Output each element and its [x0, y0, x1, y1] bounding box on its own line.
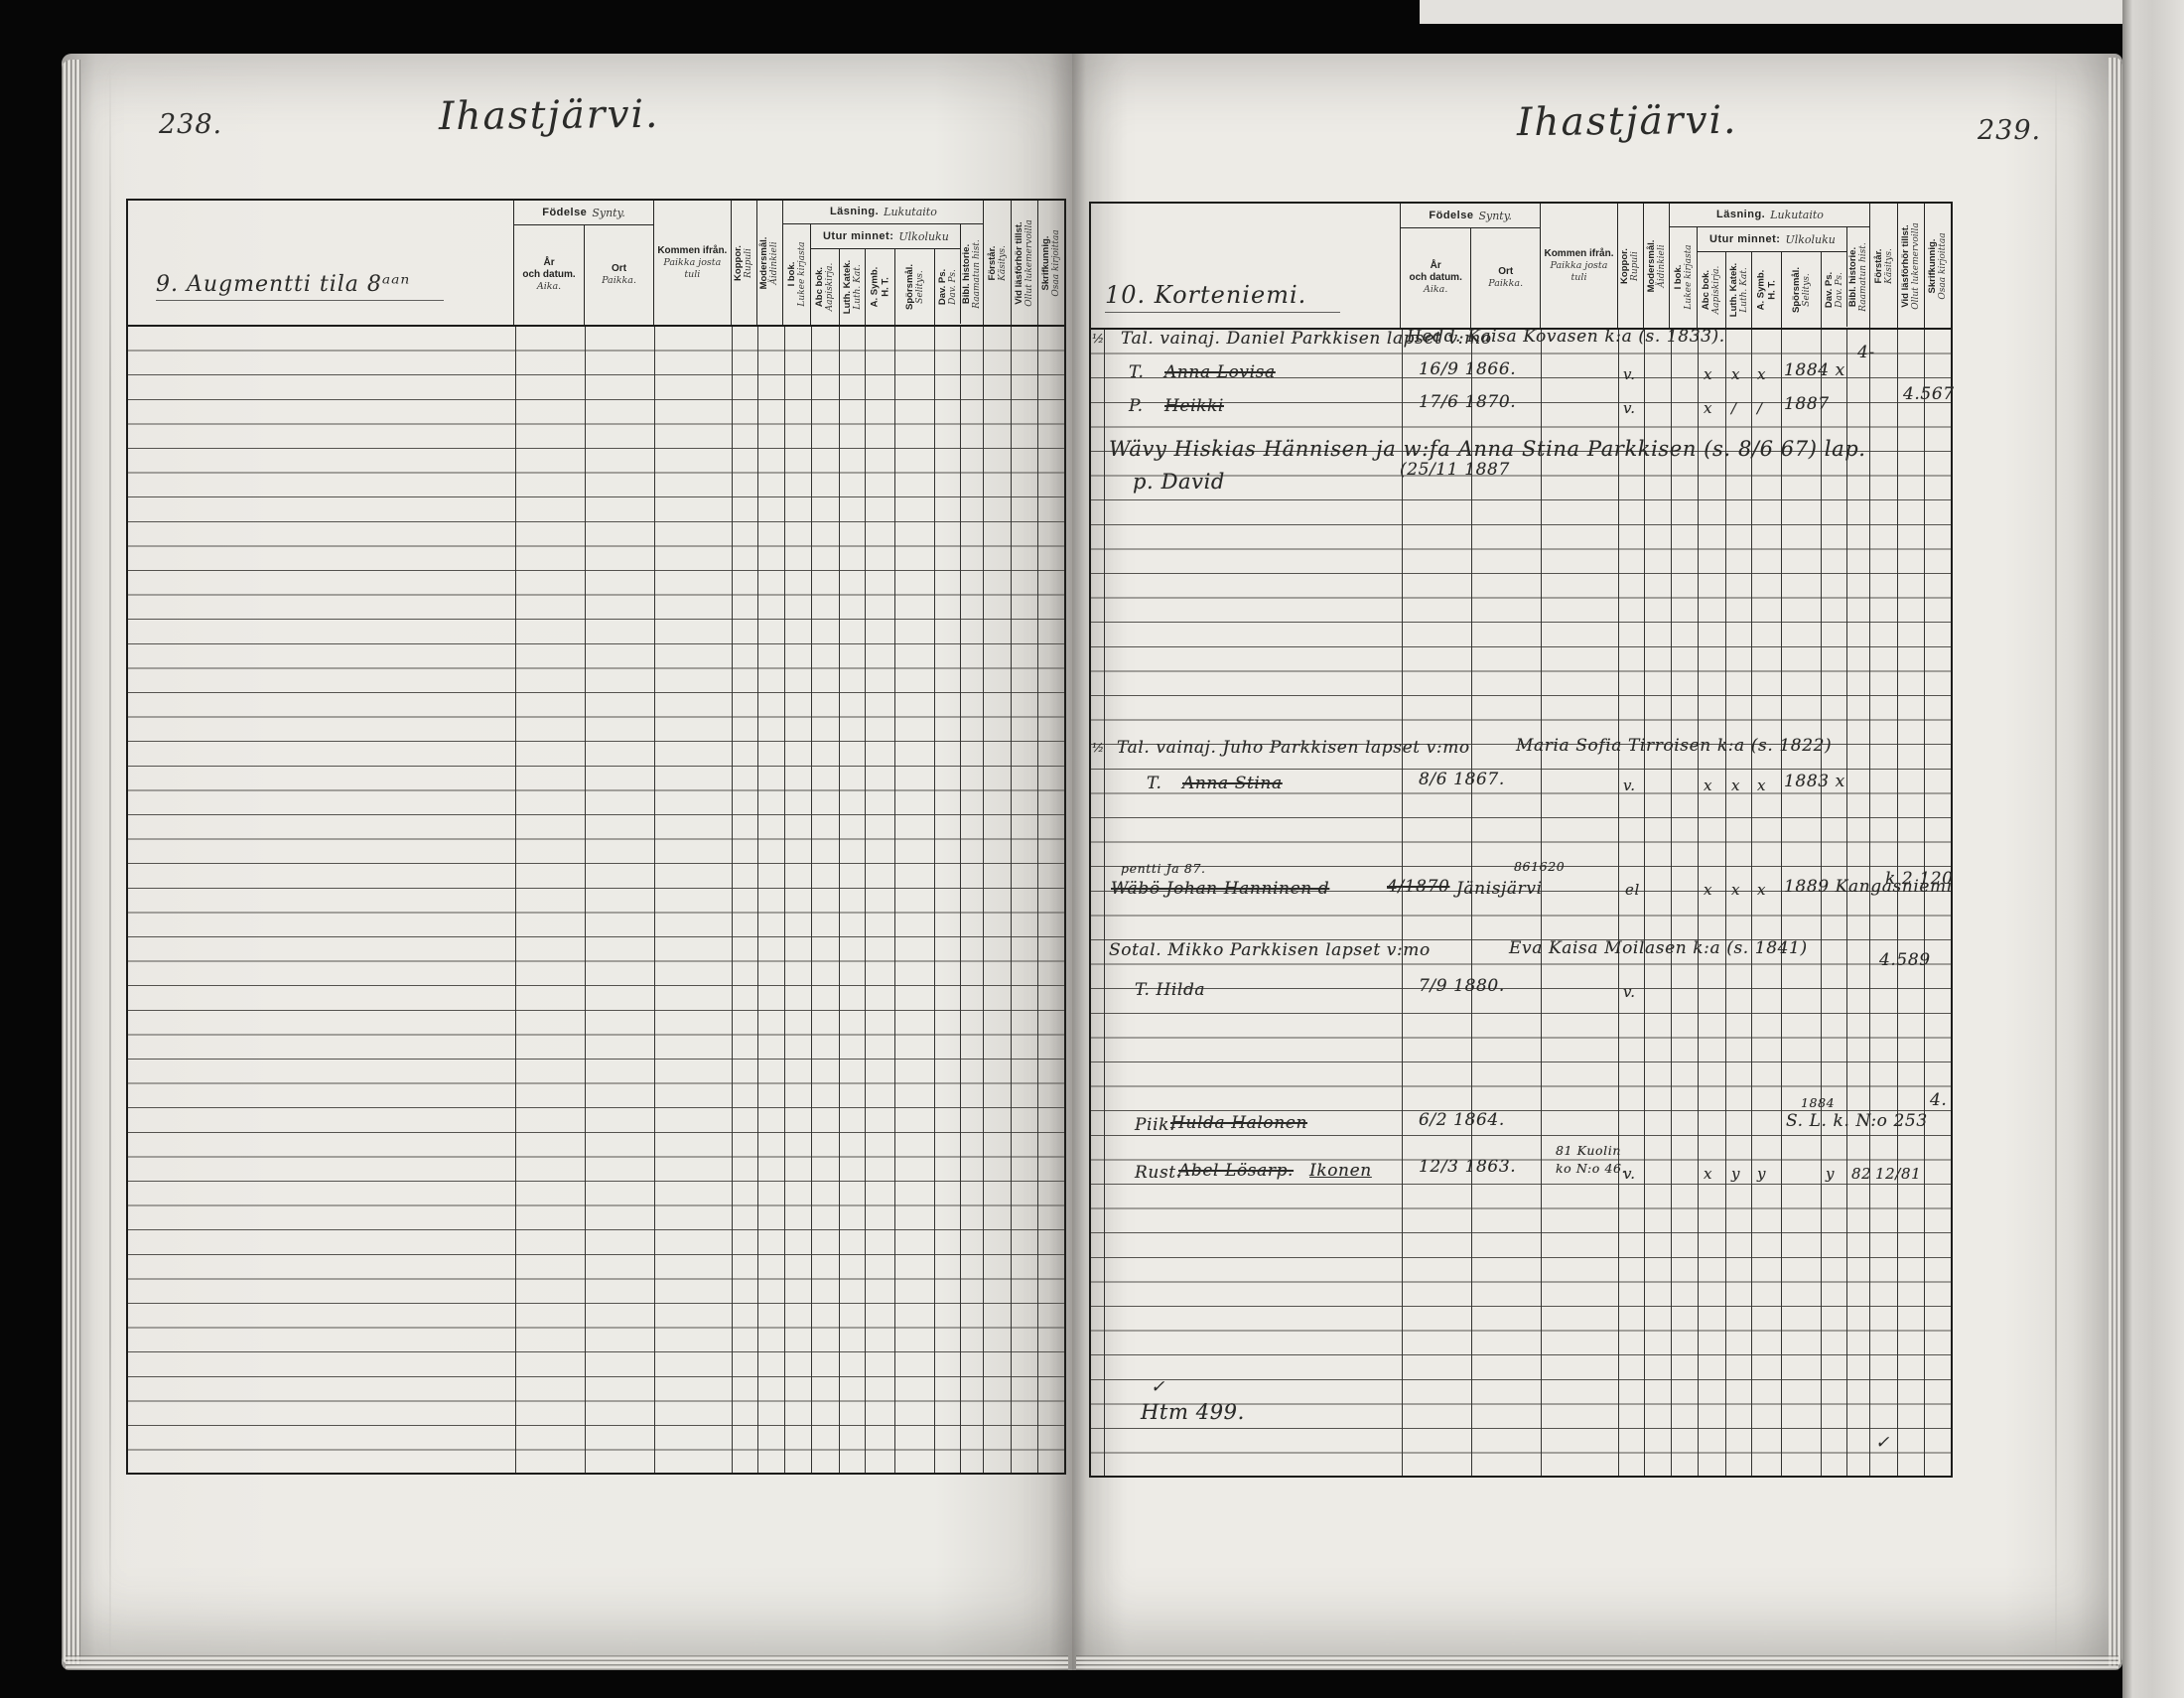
col-header-kommen: Kommen ifrån.Paikka jostatuli	[653, 201, 731, 325]
handwritten-entry: v.	[1623, 1165, 1636, 1183]
header-label-fi: tuli	[1570, 272, 1586, 283]
scanner-edge-top	[1420, 0, 2184, 24]
header-label: År	[543, 257, 554, 269]
header-label-fi: Ollut lukemervoilla	[1025, 205, 1036, 321]
handwritten-entry: 7/9 1880.	[1419, 976, 1505, 996]
header-label-fi: Raamatun hist.	[973, 228, 984, 320]
handwritten-entry: T.	[1129, 362, 1144, 382]
handwritten-entry: T.	[1147, 774, 1161, 793]
header-label: Dav. Ps.	[937, 253, 948, 321]
grid-line	[960, 327, 961, 1473]
grid-line	[1471, 330, 1472, 1476]
table-header-row: FödelseSynty.Åroch datum.Aika.OrtPaikka.…	[128, 201, 1064, 327]
rotated-label: Förstår.Käsitys.	[1873, 208, 1895, 324]
handwritten-entry: ✓	[1875, 1433, 1890, 1453]
handwritten-entry: Htm 499.	[1141, 1400, 1245, 1424]
header-label: Koppor.	[1619, 208, 1630, 324]
handwritten-entry: Rust.	[1135, 1163, 1182, 1183]
group-header-utur: Utur minnet:Ulkoluku	[1698, 227, 1846, 252]
handwritten-entry: 16/9 1866.	[1419, 359, 1516, 379]
page-title-left: Ihastjärvi.	[439, 92, 660, 139]
col-header-abc: Abc bok.Aapiskirja.	[811, 249, 839, 325]
rotated-label: Skrifkunnig.Osaa kirjoittaa	[1040, 205, 1062, 321]
rotated-label: Modersmål.Äidinkieli	[1645, 208, 1667, 324]
header-label: Vid läsförhör tillst.	[1014, 205, 1024, 321]
handwritten-entry: 4.589	[1879, 950, 1931, 970]
handwritten-entry: Abel Lösarp.	[1178, 1161, 1294, 1181]
handwritten-entry: Anna Stina	[1182, 774, 1283, 793]
rotated-label: Spörsmål.Selitys.	[1791, 256, 1813, 324]
fodelse-subrow: Åroch datum.Aika.OrtPaikka.	[514, 225, 653, 325]
header-label: och datum.	[522, 269, 575, 281]
handwritten-entry: x	[1731, 881, 1740, 899]
header-label: Ort	[612, 263, 626, 275]
handwritten-entry: Heikki	[1164, 396, 1224, 416]
col-header-asymb: A. Symb.H. T.	[865, 249, 894, 325]
header-label-fi: Ollut lukemervoilla	[1912, 208, 1923, 324]
col-header-davps: Dav. Ps.Dav. Ps.	[934, 249, 960, 325]
lasning-subrow: I bok.Lukee kirjastaUtur minnet:Ulkoluku…	[1670, 227, 1869, 328]
handwritten-entry: Wäbö Johan Hanninen d	[1111, 879, 1329, 899]
col-header-modersmal: Modersmål.Äidinkieli	[756, 201, 783, 325]
handwritten-entry: Hedd. Kaisa Kovasen k:a (s. 1833).	[1407, 327, 1725, 347]
header-label: Bibl. historie.	[1847, 231, 1858, 323]
rotated-label: Spörsmål.Selitys.	[904, 253, 926, 321]
page-crease	[109, 64, 111, 1660]
header-label-fi: Paikka josta	[1551, 260, 1608, 271]
scanner-edge-right	[2122, 0, 2184, 1698]
header-label: Förstår.	[1873, 208, 1884, 324]
header-label-fi: Lukee kirjasta	[797, 228, 808, 320]
rotated-label: Luth. Katek.Luth. Kat.	[1728, 256, 1750, 324]
handwritten-entry: v.	[1623, 399, 1636, 417]
rotated-label: Modersmål.Äidinkieli	[758, 205, 780, 321]
handwritten-entry: 81 Kuolin	[1556, 1143, 1621, 1158]
col-header-koppor: Koppor.Rupuli	[1617, 204, 1643, 328]
handwritten-entry: k 2 120	[1885, 869, 1954, 889]
lasning-subrow: I bok.Lukee kirjastaUtur minnet:Ulkoluku…	[783, 224, 983, 325]
grid-line	[757, 327, 758, 1473]
handwritten-entry: v.	[1623, 365, 1636, 383]
header-label: Kommen ifrån.	[1544, 248, 1613, 260]
header-label-fi: Paikka.	[1488, 278, 1523, 289]
grid-line	[1037, 327, 1038, 1473]
handwritten-entry: y	[1826, 1165, 1835, 1183]
rotated-label: I bok.Lukee kirjasta	[1673, 231, 1695, 323]
grid-line	[654, 327, 655, 1473]
fodelse-group: FödelseSynty.Åroch datum.Aika.OrtPaikka.	[1400, 204, 1540, 328]
rotated-label: A. Symb.H. T.	[870, 253, 892, 321]
header-label-fi: Luth. Kat.	[1739, 256, 1750, 324]
header-label-fi: Käsitys.	[998, 205, 1009, 321]
rotated-label: Dav. Ps.Dav. Ps.	[937, 253, 959, 321]
header-label-fi: Käsitys.	[1884, 208, 1895, 324]
grid-line	[934, 327, 935, 1473]
grid-line	[1821, 330, 1822, 1476]
col-header-koppor: Koppor.Rupuli	[731, 201, 756, 325]
handwritten-entry: Eva Kaisa Moilasen k:a (s. 1841)	[1509, 938, 1808, 958]
page-number-right: 239.	[1978, 115, 2041, 146]
rotated-label: A. Symb.H. T.	[1756, 256, 1779, 324]
header-label-fi: Dav. Ps.	[948, 253, 959, 321]
handwritten-entry: Anna Lovisa	[1164, 362, 1276, 382]
handwritten-entry: 8/6 1867.	[1419, 770, 1505, 789]
header-label-fi: Äidinkieli	[770, 205, 781, 321]
grid-line	[1924, 330, 1925, 1476]
table-header-row: FödelseSynty.Åroch datum.Aika.OrtPaikka.…	[1091, 204, 1951, 330]
header-label-fi: Osaa kirjoittaa	[1051, 205, 1062, 321]
utur-subrow: Abc bok.Aapiskirja.Luth. Katek.Luth. Kat…	[811, 249, 960, 325]
handwritten-entry: 861620	[1514, 859, 1565, 874]
header-label-fi: Paikka josta	[663, 257, 721, 268]
page-title-right: Ihastjärvi.	[1517, 98, 1738, 145]
group-header-lasning: Läsning.Lukutaito	[1670, 204, 1869, 227]
handwritten-entry: ✓	[1151, 1377, 1165, 1397]
grid-line	[1751, 330, 1752, 1476]
grid-line	[1781, 330, 1782, 1476]
col-header-davps: Dav. Ps.Dav. Ps.	[1821, 252, 1846, 328]
scanned-book-spread: 238. Ihastjärvi. 9. Augmentti tila 8ᵃᵃⁿ …	[0, 0, 2184, 1698]
header-label-fi: Lukee kirjasta	[1684, 231, 1695, 323]
col-header-forstar: Förstår.Käsitys.	[983, 201, 1011, 325]
col-header-vidlas: Vid läsförhör tillst.Ollut lukemervoilla	[1011, 201, 1037, 325]
group-header-lasning: Läsning.Lukutaito	[783, 201, 983, 224]
col-header-sporsmal: Spörsmål.Selitys.	[1781, 252, 1821, 328]
handwritten-entry: Sotal. Mikko Parkkisen lapset v:mo	[1109, 940, 1431, 960]
rotated-label: Koppor.Rupuli	[733, 205, 754, 321]
header-label: Luth. Katek.	[842, 253, 853, 321]
header-label: Abc bok.	[1701, 256, 1711, 324]
group-header-fodelse: FödelseSynty.	[1401, 204, 1540, 228]
grid-line	[1541, 330, 1542, 1476]
table-body	[1091, 330, 1951, 1476]
handwritten-entry: x	[1704, 1165, 1712, 1183]
col-header-luth: Luth. Katek.Luth. Kat.	[839, 249, 865, 325]
col-header-abc: Abc bok.Aapiskirja.	[1698, 252, 1725, 328]
col-header-sporsmal: Spörsmål.Selitys.	[894, 249, 934, 325]
col-header-ibok: I bok.Lukee kirjasta	[783, 224, 810, 324]
header-label-fi: Rupuli	[1630, 208, 1641, 324]
header-label: H. T.	[881, 253, 891, 321]
header-label-fi: Dav. Ps.	[1835, 256, 1845, 324]
utur-minnet-group: Utur minnet:UlkolukuAbc bok.Aapiskirja.L…	[810, 224, 960, 325]
grid-line	[732, 327, 733, 1473]
header-label: Kommen ifrån.	[657, 245, 727, 257]
col-header-bibl: Bibl. historie.Raamatun hist.	[1846, 227, 1869, 327]
fodelse-subrow: Åroch datum.Aika.OrtPaikka.	[1401, 228, 1540, 328]
handwritten-entry: T. Hilda	[1135, 980, 1205, 1000]
grid-line	[585, 327, 586, 1473]
handwritten-entry: 17/6 1870.	[1419, 392, 1516, 412]
handwritten-entry: /	[1731, 399, 1737, 417]
header-label-fi: Osaa kirjoittaa	[1938, 208, 1949, 324]
header-label-fi: Selitys.	[915, 253, 926, 321]
header-label-fi: Selitys.	[1802, 256, 1813, 324]
grid-line	[1644, 330, 1645, 1476]
header-label-fi: Aika.	[537, 281, 561, 292]
right-page: 239. Ihastjärvi. 10. Korteniemi. Födelse…	[1072, 54, 2122, 1670]
col-header-ar: Åroch datum.Aika.	[1401, 228, 1470, 328]
col-header-kommen: Kommen ifrån.Paikka jostatuli	[1540, 204, 1617, 328]
col-header-skrif: Skrifkunnig.Osaa kirjoittaa	[1924, 204, 1951, 328]
handwritten-entry: P.	[1129, 396, 1144, 416]
grid-line	[1846, 330, 1847, 1476]
rotated-label: Förstår.Käsitys.	[987, 205, 1009, 321]
handwritten-entry: 6/2 1864.	[1419, 1110, 1505, 1130]
handwritten-entry: Maria Sofia Tirroisen k:a (s. 1822)	[1516, 736, 1832, 756]
parish-register-table-right: 10. Korteniemi. FödelseSynty.Åroch datum…	[1089, 202, 1953, 1478]
handwritten-entry: x	[1757, 777, 1766, 794]
grid-line	[1869, 330, 1870, 1476]
handwritten-entry: x	[1757, 881, 1766, 899]
grid-line	[983, 327, 984, 1473]
left-page: 238. Ihastjärvi. 9. Augmentti tila 8ᵃᵃⁿ …	[62, 54, 1072, 1670]
grid-line	[1011, 327, 1012, 1473]
col-header-luth: Luth. Katek.Luth. Kat.	[1725, 252, 1751, 328]
rotated-label: Luth. Katek.Luth. Kat.	[842, 253, 864, 321]
rotated-label: Vid läsförhör tillst.Ollut lukemervoilla	[1900, 208, 1922, 324]
header-label-fi: Luth. Kat.	[853, 253, 864, 321]
col-header-name	[1091, 204, 1400, 328]
col-header-vidlas: Vid läsförhör tillst.Ollut lukemervoilla	[1897, 204, 1924, 328]
grid-line	[839, 327, 840, 1473]
page-number-left: 238.	[159, 109, 222, 140]
handwritten-entry: 1887	[1784, 394, 1830, 414]
handwritten-entry: /	[1757, 399, 1763, 417]
handwritten-entry: x	[1704, 365, 1712, 383]
rotated-label: Dav. Ps.Dav. Ps.	[1824, 256, 1845, 324]
handwritten-entry: Hulda Halonen	[1170, 1113, 1307, 1133]
parish-register-table-left: 9. Augmentti tila 8ᵃᵃⁿ FödelseSynty.Åroc…	[126, 199, 1066, 1475]
rotated-label: Abc bok.Aapiskirja.	[1701, 256, 1722, 324]
handwritten-entry: Jänisjärvi	[1456, 879, 1543, 899]
col-header-ar: Åroch datum.Aika.	[514, 225, 584, 325]
header-label: A. Symb.	[870, 253, 881, 321]
handwritten-entry: (25/11 1887	[1400, 460, 1510, 480]
handwritten-entry: v.	[1623, 983, 1636, 1001]
handwritten-entry: y	[1731, 1165, 1740, 1183]
header-label: Koppor.	[733, 205, 744, 321]
handwritten-entry: 4-	[1857, 343, 1875, 362]
grid-line	[1725, 330, 1726, 1476]
handwritten-entry: x	[1704, 881, 1712, 899]
col-header-ibok: I bok.Lukee kirjasta	[1670, 227, 1697, 327]
col-header-forstar: Förstår.Käsitys.	[1869, 204, 1897, 328]
grid-line	[784, 327, 785, 1473]
col-header-bibl: Bibl. historie.Raamatun hist.	[960, 224, 983, 324]
handwritten-entry: ko N:o 46.	[1556, 1161, 1626, 1176]
header-label: Förstår.	[987, 205, 998, 321]
handwritten-entry: x	[1704, 399, 1712, 417]
grid-line	[1897, 330, 1898, 1476]
header-label-fi: Äidinkieli	[1657, 208, 1668, 324]
header-label-fi: Raamatun hist.	[1859, 231, 1870, 323]
col-header-skrif: Skrifkunnig.Osaa kirjoittaa	[1037, 201, 1064, 325]
handwritten-entry: Tal. vainaj. Juho Parkkisen lapset v:mo	[1117, 738, 1470, 758]
lasning-group: Läsning.LukutaitoI bok.Lukee kirjastaUtu…	[1669, 204, 1869, 328]
header-label: I bok.	[786, 228, 797, 320]
lasning-group: Läsning.LukutaitoI bok.Lukee kirjastaUtu…	[782, 201, 983, 325]
header-label: H. T.	[1767, 256, 1778, 324]
header-label-fi: tuli	[684, 269, 700, 280]
fodelse-group: FödelseSynty.Åroch datum.Aika.OrtPaikka.	[513, 201, 653, 325]
header-label: Bibl. historie.	[961, 228, 972, 320]
rotated-label: Skrifkunnig.Osaa kirjoittaa	[1927, 208, 1949, 324]
header-label: Luth. Katek.	[1728, 256, 1739, 324]
grid-line	[1402, 330, 1403, 1476]
table-body	[128, 327, 1064, 1473]
handwritten-entry: v.	[1623, 777, 1636, 794]
rotated-label: Abc bok.Aapiskirja.	[814, 253, 836, 321]
grid-line	[515, 327, 516, 1473]
header-label: Modersmål.	[1645, 208, 1656, 324]
handwritten-entry: 12/3 1863.	[1419, 1157, 1516, 1177]
rotated-label: Koppor.Rupuli	[1619, 208, 1641, 324]
handwritten-entry: pentti Ja 87.	[1121, 861, 1206, 876]
group-header-fodelse: FödelseSynty.	[514, 201, 653, 225]
handwritten-entry: 82	[1851, 1165, 1871, 1183]
grid-line	[811, 327, 812, 1473]
handwritten-entry: Piik.	[1135, 1115, 1175, 1135]
handwritten-entry: 1883 x	[1784, 772, 1845, 791]
handwritten-entry: S. L. k. N:o 253	[1786, 1111, 1928, 1131]
handwritten-entry: x	[1731, 365, 1740, 383]
header-label: Spörsmål.	[1791, 256, 1802, 324]
header-label: Dav. Ps.	[1824, 256, 1835, 324]
handwritten-entry: 4.	[1930, 1090, 1947, 1110]
header-label: År	[1431, 260, 1441, 272]
utur-minnet-group: Utur minnet:UlkolukuAbc bok.Aapiskirja.L…	[1697, 227, 1846, 328]
header-label-fi: Aika.	[1424, 284, 1447, 295]
grid-line	[1698, 330, 1699, 1476]
group-header-utur: Utur minnet:Ulkoluku	[811, 224, 960, 249]
handwritten-entry: 12/81	[1875, 1165, 1921, 1183]
handwritten-entry: 4/1870	[1387, 877, 1449, 897]
handwritten-entry: 4.567	[1903, 384, 1955, 404]
col-header-ort: OrtPaikka.	[584, 225, 653, 325]
header-label: A. Symb.	[1756, 256, 1767, 324]
header-label-fi: Paikka.	[602, 275, 636, 286]
header-label: Abc bok.	[814, 253, 825, 321]
col-header-ort: OrtPaikka.	[1470, 228, 1540, 328]
header-label: Skrifkunnig.	[1040, 205, 1051, 321]
handwritten-entry: 1884	[1801, 1095, 1835, 1110]
header-label: och datum.	[1410, 272, 1462, 284]
header-label-fi: Rupuli	[744, 205, 754, 321]
handwritten-entry: x	[1704, 777, 1712, 794]
header-label: Skrifkunnig.	[1927, 208, 1938, 324]
handwritten-entry: x	[1757, 365, 1766, 383]
handwritten-entry: el	[1625, 881, 1640, 899]
page-crease	[2055, 64, 2057, 1660]
handwritten-entry: x	[1731, 777, 1740, 794]
header-label-fi: Aapiskirja.	[1712, 256, 1723, 324]
handwritten-entry: ½	[1092, 740, 1105, 755]
handwritten-entry: Wävy Hiskias Hännisen ja w:fa Anna Stina…	[1109, 437, 1866, 461]
handwritten-entry: ½	[1092, 331, 1105, 346]
grid-line	[894, 327, 895, 1473]
handwritten-entry: Ikonen	[1309, 1161, 1372, 1181]
handwritten-entry: y	[1757, 1165, 1766, 1183]
header-label: Spörsmål.	[904, 253, 915, 321]
rotated-label: Vid läsförhör tillst.Ollut lukemervoilla	[1014, 205, 1035, 321]
col-header-asymb: A. Symb.H. T.	[1751, 252, 1781, 328]
header-label: I bok.	[1673, 231, 1684, 323]
grid-line	[1618, 330, 1619, 1476]
handwritten-entry: p. David	[1133, 470, 1225, 494]
rotated-label: Bibl. historie.Raamatun hist.	[1847, 231, 1869, 323]
handwritten-entry: 1884 x	[1784, 360, 1845, 380]
col-header-name	[128, 201, 513, 325]
header-label: Ort	[1498, 266, 1513, 278]
grid-line	[1104, 330, 1105, 1476]
header-label-fi: Aapiskirja.	[826, 253, 837, 321]
utur-subrow: Abc bok.Aapiskirja.Luth. Katek.Luth. Kat…	[1698, 252, 1846, 328]
header-label: Vid läsförhör tillst.	[1900, 208, 1911, 324]
grid-line	[1671, 330, 1672, 1476]
grid-line	[865, 327, 866, 1473]
rotated-label: Bibl. historie.Raamatun hist.	[961, 228, 983, 320]
rotated-label: I bok.Lukee kirjasta	[786, 228, 808, 320]
col-header-modersmal: Modersmål.Äidinkieli	[1643, 204, 1670, 328]
